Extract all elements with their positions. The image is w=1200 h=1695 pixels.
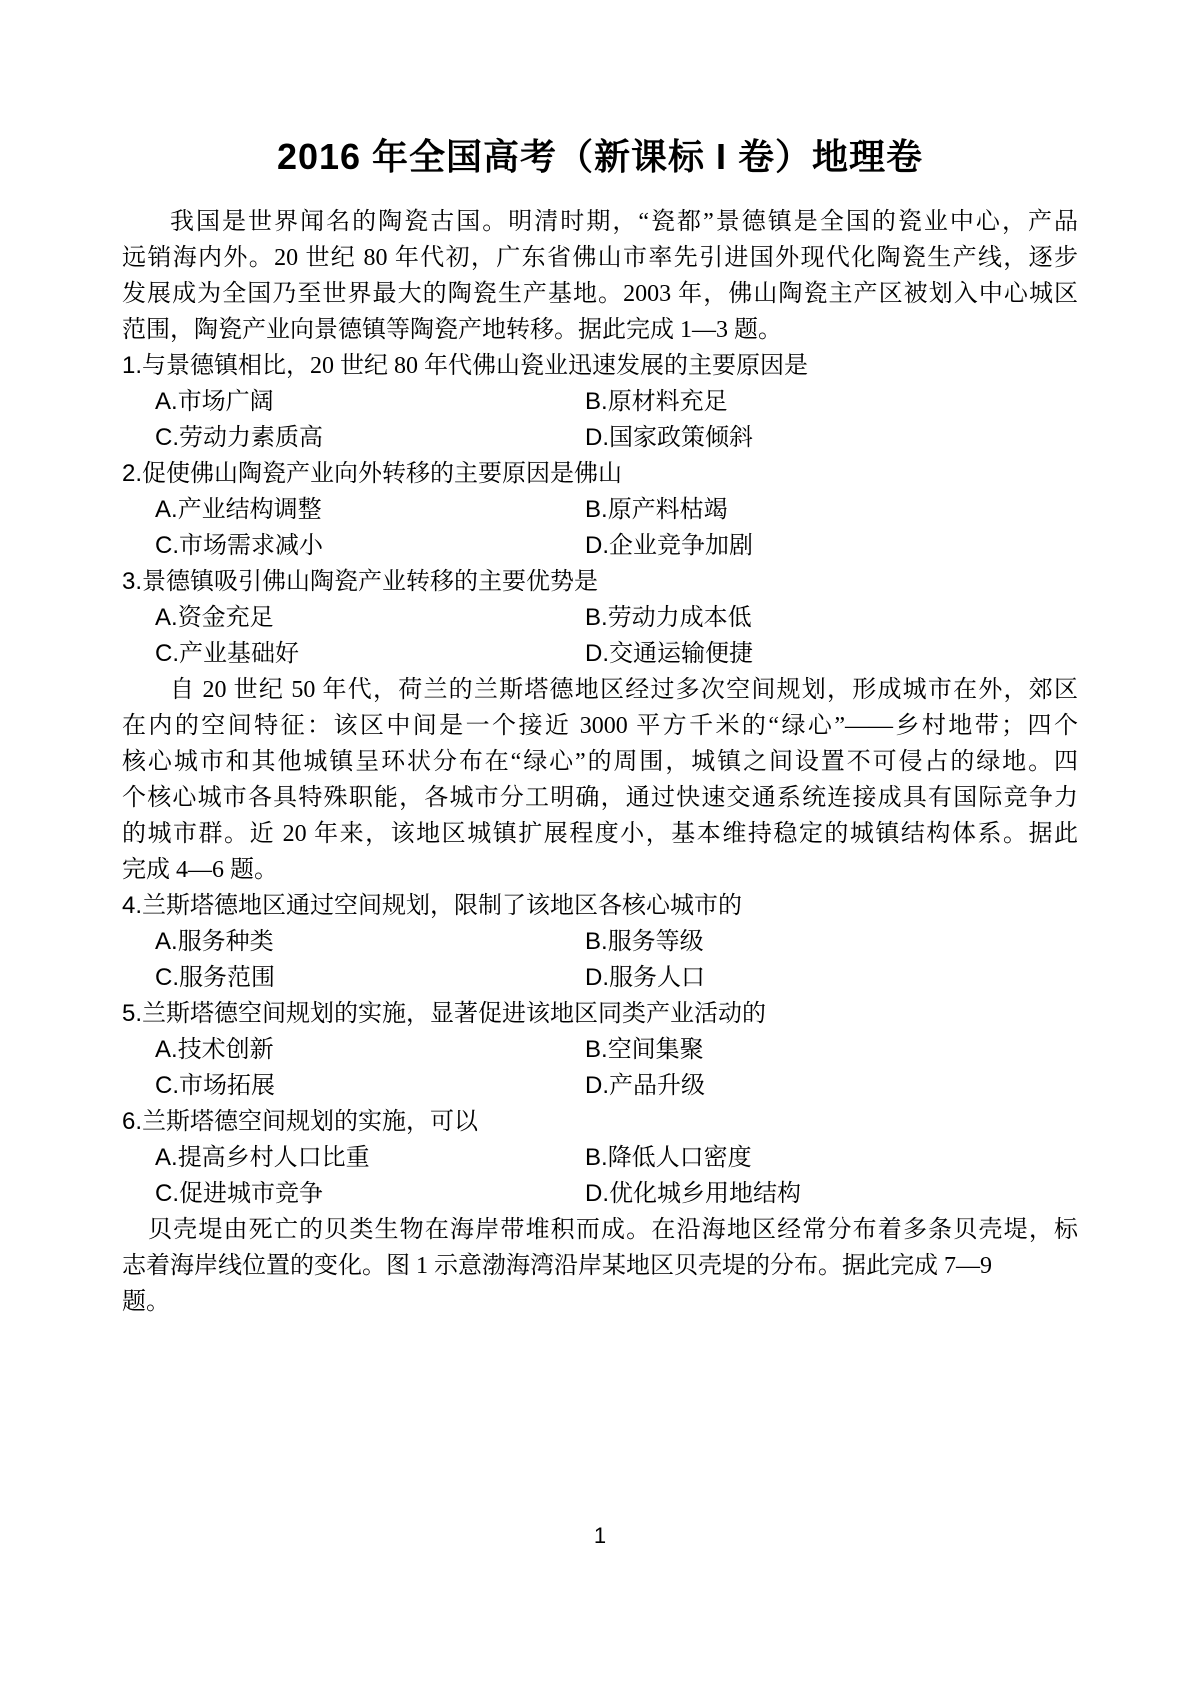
option-label: B. <box>585 928 608 955</box>
option-text: 服务人口 <box>609 965 705 991</box>
question-number: 4. <box>122 892 142 919</box>
option-label: D. <box>585 1072 609 1099</box>
option-a: A.市场广阔 <box>155 384 585 420</box>
option-d: D.服务人口 <box>585 960 705 996</box>
option-text: 降低人口密度 <box>608 1145 752 1171</box>
passage-line: 范围，陶瓷产业向景德镇等陶瓷产地转移。据此完成 1—3 题。 <box>122 312 1078 348</box>
option-row: C.产业基础好 D.交通运输便捷 <box>122 636 1078 672</box>
option-row: C.市场需求减小 D.企业竞争加剧 <box>122 528 1078 564</box>
passage-line: 核心城市和其他城镇呈环状分布在“绿心”的周围，城镇之间设置不可侵占的绿地。四 <box>122 744 1078 780</box>
question-3: 3.景德镇吸引佛山陶瓷产业转移的主要优势是 A.资金充足 B.劳动力成本低 C.… <box>122 564 1078 672</box>
option-text: 服务种类 <box>178 929 274 955</box>
question-stem: 1.与景德镇相比，20 世纪 80 年代佛山瓷业迅速发展的主要原因是 <box>122 348 1078 384</box>
question-number: 5. <box>122 1000 142 1027</box>
option-c: C.市场拓展 <box>155 1068 585 1104</box>
question-text: 兰斯塔德空间规划的实施，显著促进该地区同类产业活动的 <box>142 1001 766 1027</box>
question-number: 6. <box>122 1108 142 1135</box>
question-5: 5.兰斯塔德空间规划的实施，显著促进该地区同类产业活动的 A.技术创新 B.空间… <box>122 996 1078 1104</box>
question-stem: 2.促使佛山陶瓷产业向外转移的主要原因是佛山 <box>122 456 1078 492</box>
passage-line: 远销海内外。20 世纪 80 年代初，广东省佛山市率先引进国外现代化陶瓷生产线，… <box>122 240 1078 276</box>
option-text: 企业竞争加剧 <box>609 533 753 559</box>
option-row: A.资金充足 B.劳动力成本低 <box>122 600 1078 636</box>
option-text: 产业基础好 <box>179 641 299 667</box>
option-d: D.交通运输便捷 <box>585 636 753 672</box>
option-text: 劳动力成本低 <box>608 605 752 631</box>
question-number: 1. <box>122 352 142 379</box>
option-text: 国家政策倾斜 <box>609 425 753 451</box>
page-content: 2016 年全国高考（新课标 I 卷）地理卷 我国是世界闻名的陶瓷古国。明清时期… <box>0 0 1200 1320</box>
option-label: B. <box>585 1144 608 1171</box>
option-row: C.服务范围 D.服务人口 <box>122 960 1078 996</box>
passage-line: 的城市群。近 20 年来，该地区城镇扩展程度小，基本维持稳定的城镇结构体系。据此 <box>122 816 1078 852</box>
option-b: B.劳动力成本低 <box>585 600 752 636</box>
option-label: C. <box>155 1180 179 1207</box>
question-text: 与景德镇相比，20 世纪 80 年代佛山瓷业迅速发展的主要原因是 <box>142 353 808 379</box>
option-label: C. <box>155 964 179 991</box>
option-row: C.市场拓展 D.产品升级 <box>122 1068 1078 1104</box>
option-d: D.国家政策倾斜 <box>585 420 753 456</box>
exam-page: 2016 年全国高考（新课标 I 卷）地理卷 我国是世界闻名的陶瓷古国。明清时期… <box>0 0 1200 1695</box>
question-text: 兰斯塔德地区通过空间规划，限制了该地区各核心城市的 <box>142 893 742 919</box>
option-label: C. <box>155 424 179 451</box>
option-label: C. <box>155 532 179 559</box>
passage-ceramics: 我国是世界闻名的陶瓷古国。明清时期，“瓷都”景德镇是全国的瓷业中心，产品 远销海… <box>122 204 1078 348</box>
option-text: 产业结构调整 <box>178 497 322 523</box>
exam-title: 2016 年全国高考（新课标 I 卷）地理卷 <box>122 132 1078 182</box>
passage-line: 发展成为全国乃至世界最大的陶瓷生产基地。2003 年，佛山陶瓷主产区被划入中心城… <box>122 276 1078 312</box>
option-row: A.技术创新 B.空间集聚 <box>122 1032 1078 1068</box>
option-row: A.提高乡村人口比重 B.降低人口密度 <box>122 1140 1078 1176</box>
option-label: B. <box>585 496 608 523</box>
option-c: C.劳动力素质高 <box>155 420 585 456</box>
option-label: C. <box>155 640 179 667</box>
option-text: 市场广阔 <box>178 389 274 415</box>
passage-line: 贝壳堤由死亡的贝类生物在海岸带堆积而成。在沿海地区经常分布着多条贝壳堤，标 <box>122 1212 1078 1248</box>
option-text: 原产料枯竭 <box>608 497 728 523</box>
option-d: D.产品升级 <box>585 1068 705 1104</box>
option-b: B.降低人口密度 <box>585 1140 752 1176</box>
option-label: A. <box>155 1036 178 1063</box>
question-stem: 4.兰斯塔德地区通过空间规划，限制了该地区各核心城市的 <box>122 888 1078 924</box>
option-label: A. <box>155 388 178 415</box>
question-stem: 6.兰斯塔德空间规划的实施，可以 <box>122 1104 1078 1140</box>
passage-line: 个核心城市各具特殊职能，各城市分工明确，通过快速交通系统连接成具有国际竞争力 <box>122 780 1078 816</box>
question-text: 促使佛山陶瓷产业向外转移的主要原因是佛山 <box>142 461 622 487</box>
option-row: C.劳动力素质高 D.国家政策倾斜 <box>122 420 1078 456</box>
question-text: 景德镇吸引佛山陶瓷产业转移的主要优势是 <box>142 569 598 595</box>
option-c: C.服务范围 <box>155 960 585 996</box>
question-6: 6.兰斯塔德空间规划的实施，可以 A.提高乡村人口比重 B.降低人口密度 C.促… <box>122 1104 1078 1212</box>
passage-line: 题。 <box>122 1284 1078 1320</box>
passage-line: 完成 4—6 题。 <box>122 852 1078 888</box>
option-text: 优化城乡用地结构 <box>609 1181 801 1207</box>
option-b: B.原材料充足 <box>585 384 728 420</box>
option-label: D. <box>585 424 609 451</box>
option-a: A.服务种类 <box>155 924 585 960</box>
question-number: 3. <box>122 568 142 595</box>
option-text: 提高乡村人口比重 <box>178 1145 370 1171</box>
option-label: D. <box>585 1180 609 1207</box>
option-a: A.技术创新 <box>155 1032 585 1068</box>
passage-line: 我国是世界闻名的陶瓷古国。明清时期，“瓷都”景德镇是全国的瓷业中心，产品 <box>122 204 1078 240</box>
question-number: 2. <box>122 460 142 487</box>
option-a: A.提高乡村人口比重 <box>155 1140 585 1176</box>
option-row: A.市场广阔 B.原材料充足 <box>122 384 1078 420</box>
option-label: D. <box>585 964 609 991</box>
option-c: C.市场需求减小 <box>155 528 585 564</box>
option-row: A.服务种类 B.服务等级 <box>122 924 1078 960</box>
question-text: 兰斯塔德空间规划的实施，可以 <box>142 1109 478 1135</box>
question-2: 2.促使佛山陶瓷产业向外转移的主要原因是佛山 A.产业结构调整 B.原产料枯竭 … <box>122 456 1078 564</box>
question-stem: 5.兰斯塔德空间规划的实施，显著促进该地区同类产业活动的 <box>122 996 1078 1032</box>
passage-line: 志着海岸线位置的变化。图 1 示意渤海湾沿岸某地区贝壳堤的分布。据此完成 7—9 <box>122 1248 1078 1284</box>
option-b: B.服务等级 <box>585 924 704 960</box>
option-label: D. <box>585 532 609 559</box>
option-row: C.促进城市竞争 D.优化城乡用地结构 <box>122 1176 1078 1212</box>
passage-shell-dike: 贝壳堤由死亡的贝类生物在海岸带堆积而成。在沿海地区经常分布着多条贝壳堤，标 志着… <box>122 1212 1078 1320</box>
option-text: 交通运输便捷 <box>609 641 753 667</box>
option-b: B.原产料枯竭 <box>585 492 728 528</box>
option-text: 市场拓展 <box>179 1073 275 1099</box>
question-1: 1.与景德镇相比，20 世纪 80 年代佛山瓷业迅速发展的主要原因是 A.市场广… <box>122 348 1078 456</box>
option-text: 服务范围 <box>179 965 275 991</box>
passage-line: 自 20 世纪 50 年代，荷兰的兰斯塔德地区经过多次空间规划，形成城市在外，郊… <box>122 672 1078 708</box>
option-text: 空间集聚 <box>608 1037 704 1063</box>
question-4: 4.兰斯塔德地区通过空间规划，限制了该地区各核心城市的 A.服务种类 B.服务等… <box>122 888 1078 996</box>
option-label: A. <box>155 1144 178 1171</box>
passage-line: 在内的空间特征：该区中间是一个接近 3000 平方千米的“绿心”——乡村地带；四… <box>122 708 1078 744</box>
option-label: B. <box>585 604 608 631</box>
option-d: D.企业竞争加剧 <box>585 528 753 564</box>
option-text: 劳动力素质高 <box>179 425 323 451</box>
option-text: 市场需求减小 <box>179 533 323 559</box>
option-d: D.优化城乡用地结构 <box>585 1176 801 1212</box>
option-label: A. <box>155 604 178 631</box>
option-text: 原材料充足 <box>608 389 728 415</box>
option-b: B.空间集聚 <box>585 1032 704 1068</box>
option-text: 促进城市竞争 <box>179 1181 323 1207</box>
option-text: 技术创新 <box>178 1037 274 1063</box>
option-label: C. <box>155 1072 179 1099</box>
option-c: C.促进城市竞争 <box>155 1176 585 1212</box>
option-text: 资金充足 <box>178 605 274 631</box>
question-stem: 3.景德镇吸引佛山陶瓷产业转移的主要优势是 <box>122 564 1078 600</box>
option-label: D. <box>585 640 609 667</box>
option-a: A.资金充足 <box>155 600 585 636</box>
option-label: B. <box>585 1036 608 1063</box>
option-text: 服务等级 <box>608 929 704 955</box>
option-label: A. <box>155 496 178 523</box>
passage-randstad: 自 20 世纪 50 年代，荷兰的兰斯塔德地区经过多次空间规划，形成城市在外，郊… <box>122 672 1078 888</box>
option-label: A. <box>155 928 178 955</box>
option-row: A.产业结构调整 B.原产料枯竭 <box>122 492 1078 528</box>
option-a: A.产业结构调整 <box>155 492 585 528</box>
page-number: 1 <box>0 1522 1200 1550</box>
option-text: 产品升级 <box>609 1073 705 1099</box>
option-label: B. <box>585 388 608 415</box>
option-c: C.产业基础好 <box>155 636 585 672</box>
